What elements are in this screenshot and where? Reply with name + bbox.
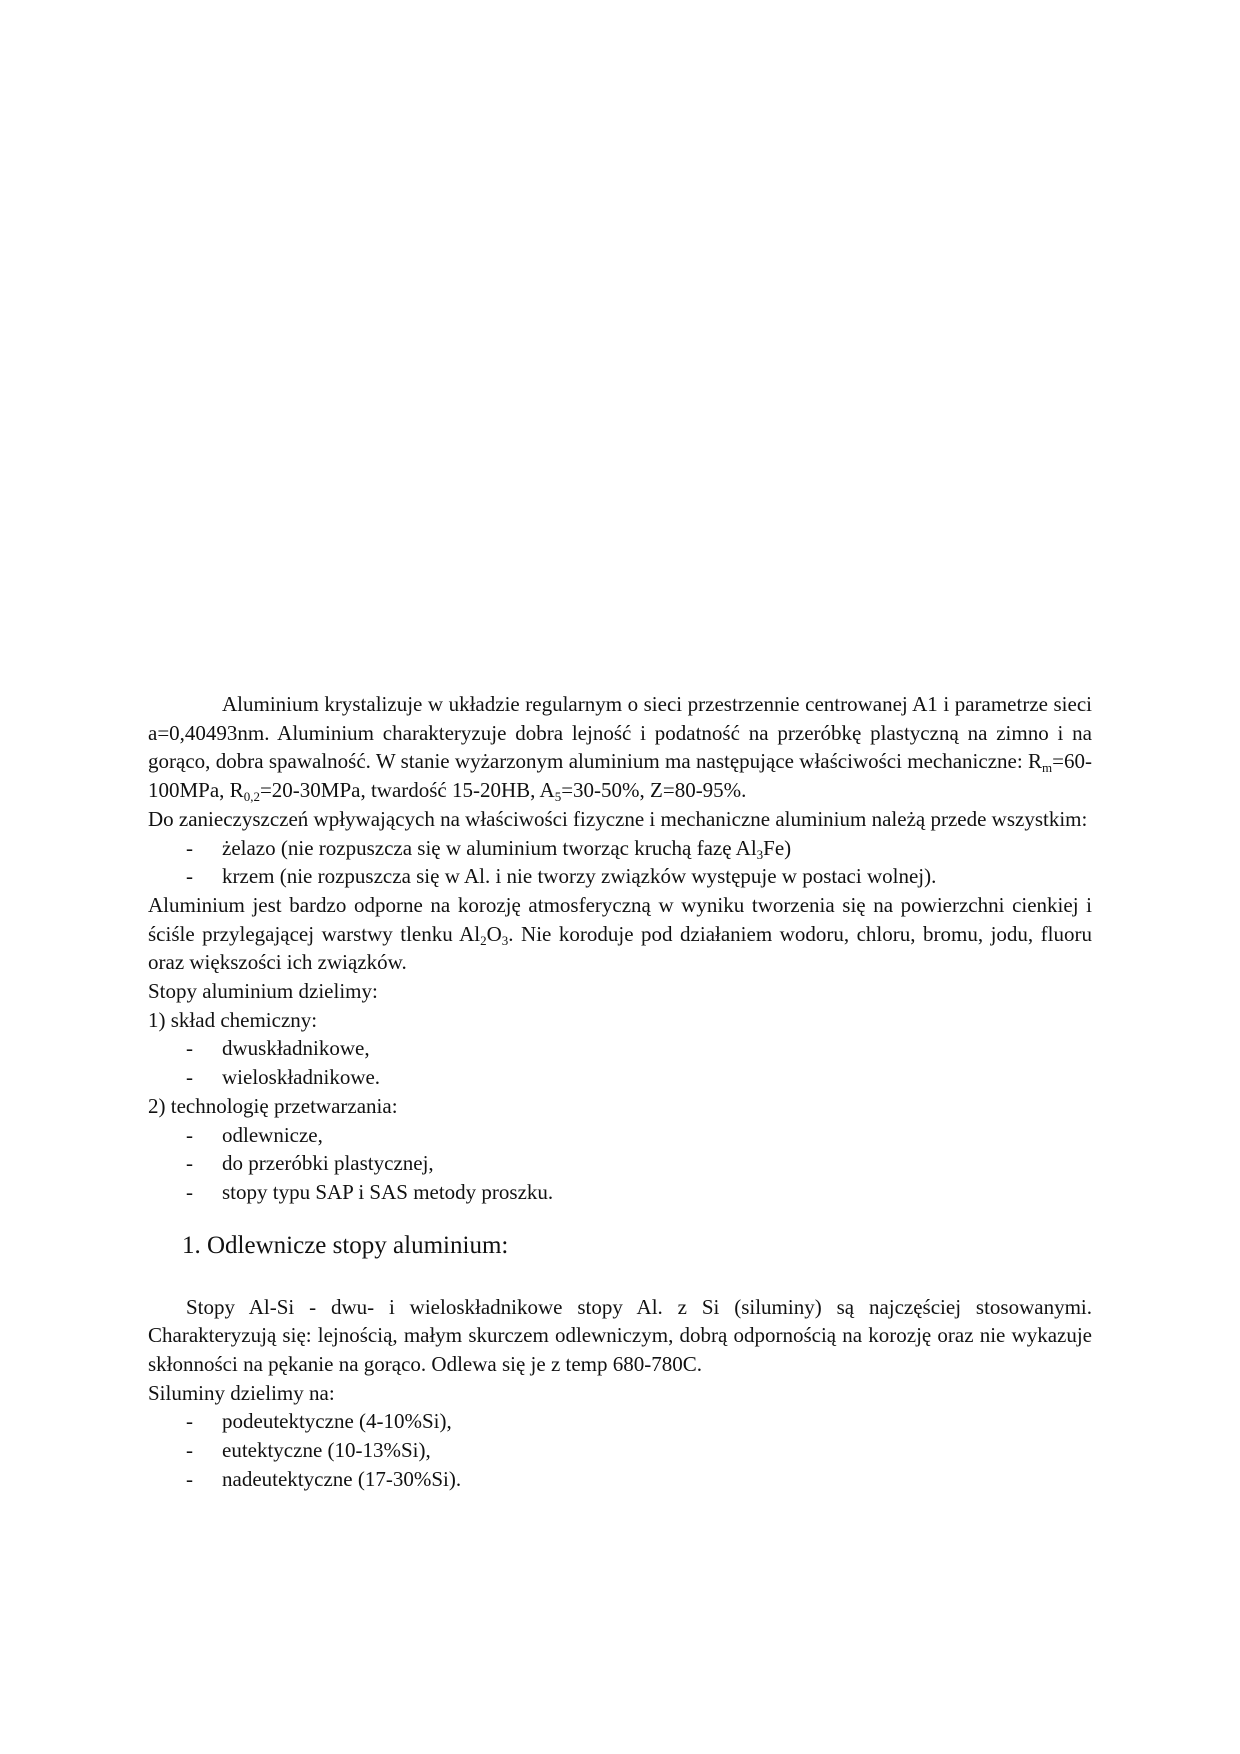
bullet-dash: - — [186, 1465, 193, 1494]
text: Aluminium krystalizuje w układzie regula… — [148, 692, 1092, 773]
list-item: -odlewnicze, — [148, 1121, 1092, 1150]
list-item-silumin: -nadeutektyczne (17-30%Si). — [148, 1465, 1092, 1494]
list-item: -stopy typu SAP i SAS metody proszku. — [148, 1178, 1092, 1207]
text: dwuskładnikowe, — [222, 1036, 370, 1060]
list-item-silumin: -podeutektyczne (4-10%Si), — [148, 1407, 1092, 1436]
list-item: -wieloskładnikowe. — [148, 1063, 1092, 1092]
subscript: m — [1042, 760, 1052, 775]
text: wieloskładnikowe. — [222, 1065, 380, 1089]
bullet-dash: - — [186, 1063, 193, 1092]
subscript: 0,2 — [244, 789, 260, 804]
text: do przeróbki plastycznej, — [222, 1151, 434, 1175]
paragraph-impurities: Do zanieczyszczeń wpływających na właści… — [148, 805, 1092, 834]
paragraph-al-si-alloys: Stopy Al-Si - dwu- i wieloskładnikowe st… — [148, 1293, 1092, 1379]
division-intro: Stopy aluminium dzielimy: — [148, 977, 1092, 1006]
division-label-technology: 2) technologię przetwarzania: — [148, 1092, 1092, 1121]
text: żelazo (nie rozpuszcza się w aluminium t… — [222, 836, 757, 860]
text: O — [487, 922, 502, 946]
bullet-dash: - — [186, 1121, 193, 1150]
section-heading: 1. Odlewnicze stopy aluminium: — [182, 1229, 1092, 1263]
text: =30-50%, Z=80-95%. — [561, 778, 746, 802]
text: Fe) — [763, 836, 791, 860]
text: odlewnicze, — [222, 1123, 323, 1147]
list-item: -dwuskładnikowe, — [148, 1034, 1092, 1063]
paragraph-aluminium-structure: Aluminium krystalizuje w układzie regula… — [148, 690, 1092, 805]
list-item-impurity: -krzem (nie rozpuszcza się w Al. i nie t… — [148, 862, 1092, 891]
division-label-composition: 1) skład chemiczny: — [148, 1006, 1092, 1035]
text: podeutektyczne (4-10%Si), — [222, 1409, 452, 1433]
bullet-dash: - — [186, 862, 193, 891]
text: krzem (nie rozpuszcza się w Al. i nie tw… — [222, 864, 936, 888]
silumin-intro: Siluminy dzielimy na: — [148, 1379, 1092, 1408]
bullet-dash: - — [186, 1436, 193, 1465]
text: nadeutektyczne (17-30%Si). — [222, 1467, 461, 1491]
bullet-dash: - — [186, 1178, 193, 1207]
paragraph-corrosion: Aluminium jest bardzo odporne na korozję… — [148, 891, 1092, 977]
text: stopy typu SAP i SAS metody proszku. — [222, 1180, 553, 1204]
text: =20-30MPa, twardość 15-20HB, A — [260, 778, 555, 802]
bullet-dash: - — [186, 834, 193, 863]
bullet-dash: - — [186, 1034, 193, 1063]
text: eutektyczne (10-13%Si), — [222, 1438, 431, 1462]
list-item: -do przeróbki plastycznej, — [148, 1149, 1092, 1178]
list-item-silumin: -eutektyczne (10-13%Si), — [148, 1436, 1092, 1465]
list-item-impurity: -żelazo (nie rozpuszcza się w aluminium … — [148, 834, 1092, 863]
document-page: Aluminium krystalizuje w układzie regula… — [148, 690, 1092, 1494]
bullet-dash: - — [186, 1149, 193, 1178]
bullet-dash: - — [186, 1407, 193, 1436]
